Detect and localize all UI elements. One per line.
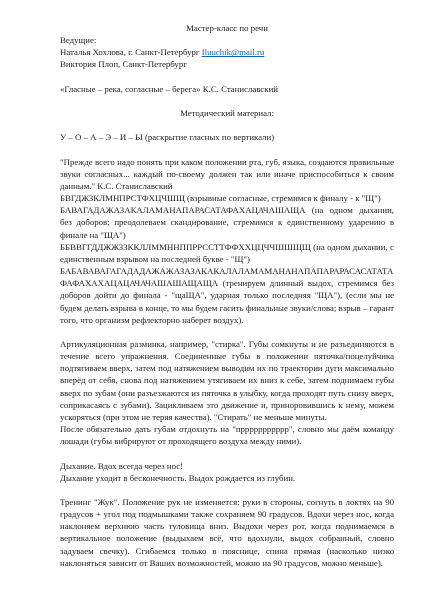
presenter-line-2: Виктория Плоп, Санкт-Петербург <box>60 58 394 70</box>
doc-title: Мастер-класс по речи <box>60 22 394 34</box>
lips-rest-paragraph: После обязательно дать губам отдохнуть н… <box>60 423 394 447</box>
presenter-line-1: Наталья Хохлова, г. Санкт-Петербург Iluu… <box>60 46 394 58</box>
epigraph-quote: «Гласные – река, согласные – берега» К.С… <box>60 83 394 95</box>
consonant-exercise-3: ББВВГГДДЖЖЗЗККЛЛММННППРРССТТФФХХЦЦЧЧШШЩЩ… <box>60 241 394 265</box>
consonant-exercise-2: БАВАГАДАЖАЗАКАЛАМАНАПАРАСАТАФАХАЦАЧАШАЩА… <box>60 204 394 240</box>
presenter-email-link[interactable]: Iluuchik@mail.ru <box>202 47 265 57</box>
document-page: Мастер-класс по речи Ведущие: Наталья Хо… <box>0 0 424 600</box>
beetle-training-paragraph: Тренинг "Жук". Положение рук не изменяет… <box>60 496 394 569</box>
breathing-rule-line-1: Дыхание. Вдох всегда через нос! <box>60 460 394 472</box>
consonant-exercise-4: БАБАВАВАГАГАДАДАЖАЖАЗАЗАКАКАЛАЛАМАМАНАНА… <box>60 265 394 326</box>
consonant-exercise-1: БВГДЖЗКЛМНПРСТФХЦЧШЩ (взрывные согласные… <box>60 192 394 204</box>
presenters-label: Ведущие: <box>60 34 394 46</box>
vowels-exercise-line: У – О – А – Э – И – Ы (раскрытие гласных… <box>60 131 394 143</box>
articulation-warmup-paragraph: Артикуляционная разминка, например, "сти… <box>60 338 394 423</box>
breathing-rule-line-2: Дыхание уходит в бесконечность. Выдох ро… <box>60 472 394 484</box>
section-heading: Методический материал: <box>60 107 394 119</box>
presenter-1-name: Наталья Хохлова, г. Санкт-Петербург <box>60 47 202 57</box>
stanislavsky-quote-paragraph: "Прежде всего надо понять при каком поло… <box>60 156 394 192</box>
